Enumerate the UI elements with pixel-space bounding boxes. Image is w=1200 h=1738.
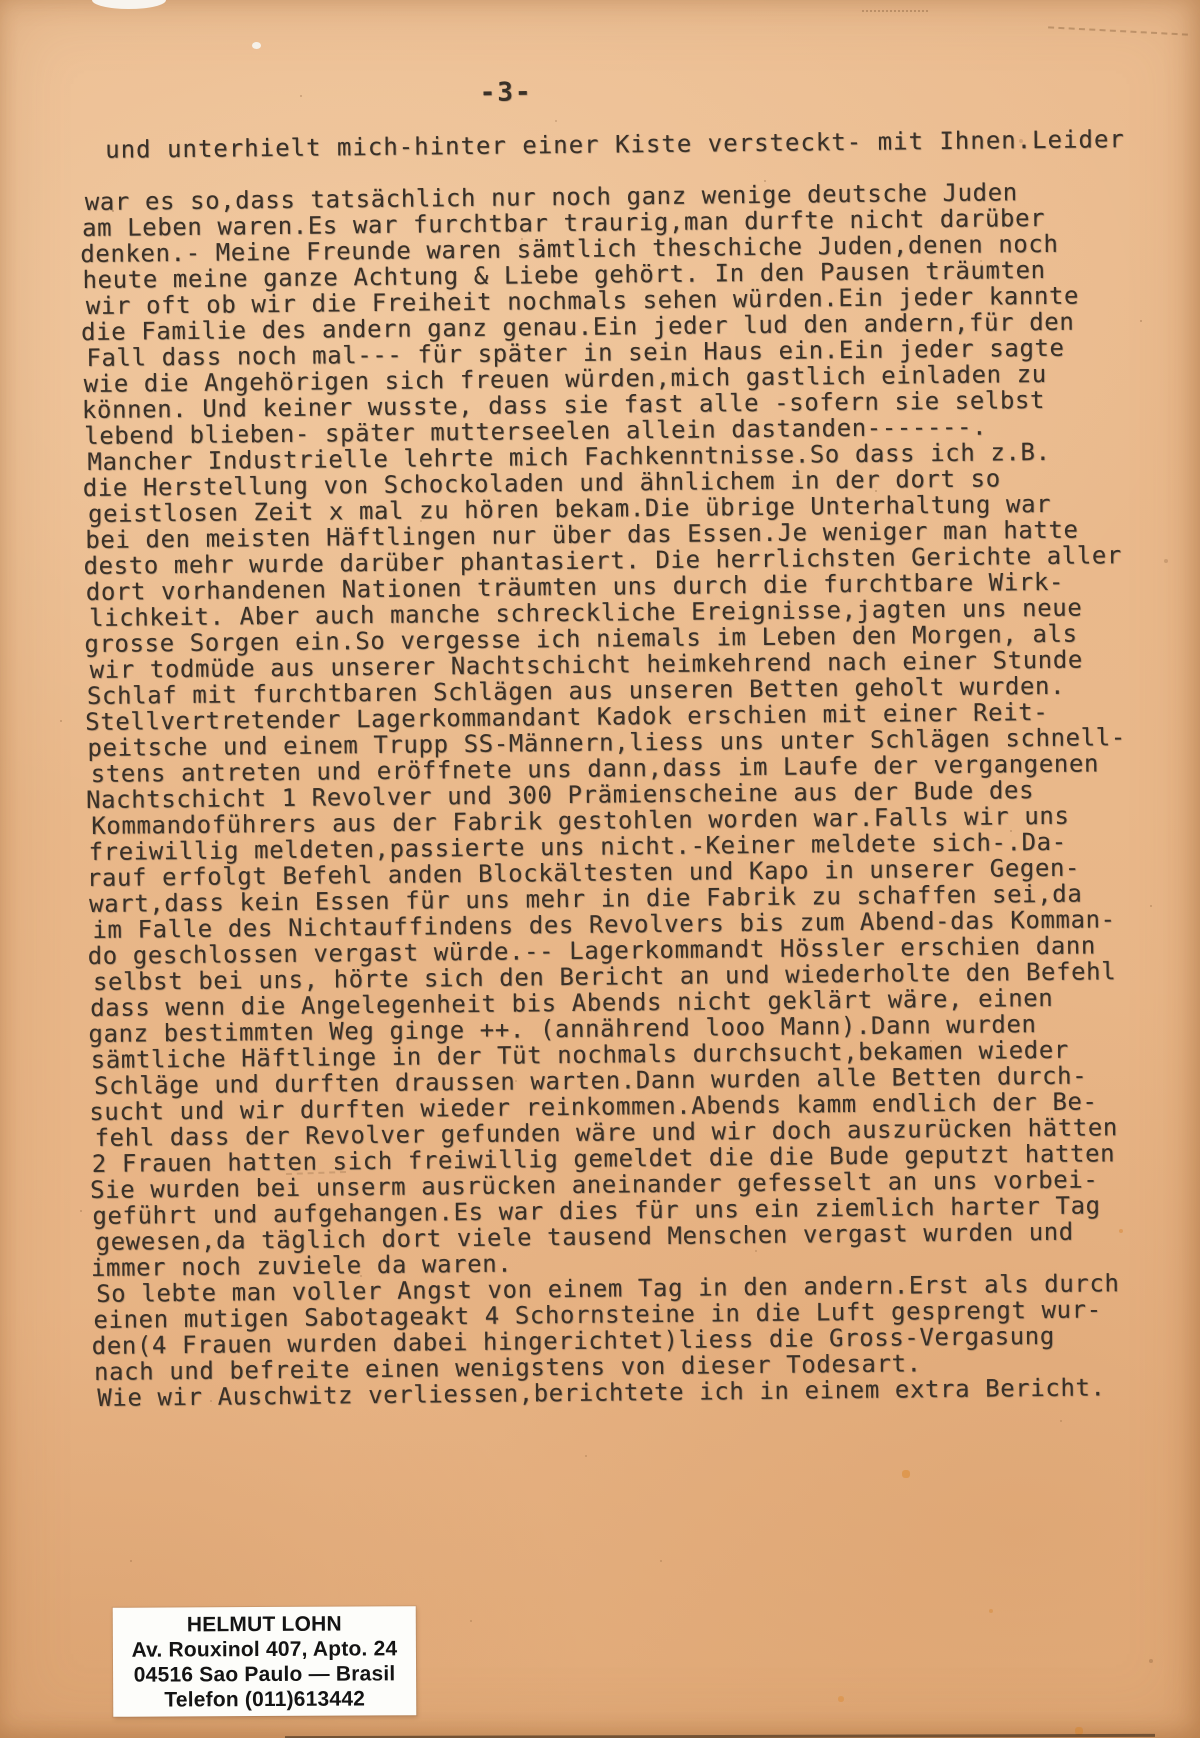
label-street: Av. Rouxinol 407, Apto. 24 xyxy=(131,1636,397,1662)
intro-line: und unterhielt mich-hinter einer Kiste v… xyxy=(105,125,1125,164)
label-phone: Telefon (011)613442 xyxy=(164,1686,365,1712)
label-name: HELMUT LOHN xyxy=(187,1611,342,1637)
address-label-sticker: HELMUT LOHN Av. Rouxinol 407, Apto. 24 0… xyxy=(113,1606,417,1717)
body-text-block: war es so,dass tatsächlich nur noch ganz… xyxy=(82,177,1200,1411)
scan-edge-shadow xyxy=(285,1734,1155,1738)
page-number: -3- xyxy=(479,77,532,108)
scanned-document-page: -3- und unterhielt mich-hinter einer Kis… xyxy=(0,0,1200,1738)
label-city: 04516 Sao Paulo — Brasil xyxy=(134,1661,396,1687)
typewritten-text-layer: -3- und unterhielt mich-hinter einer Kis… xyxy=(0,0,1200,1501)
